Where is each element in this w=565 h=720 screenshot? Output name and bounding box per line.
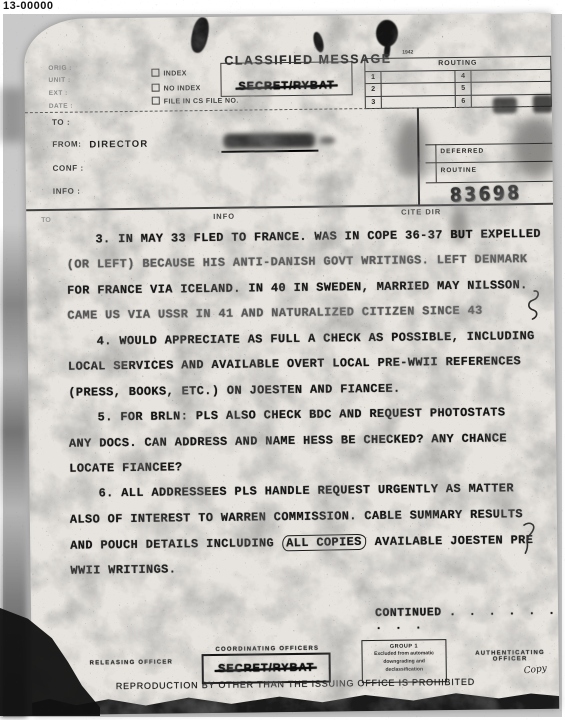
- body-line: WWII WRITINGS.: [70, 558, 545, 589]
- routing-cell-blank: [382, 83, 456, 96]
- routing-cell: 1: [365, 72, 381, 85]
- document-page: CLASSIFIED MESSAGE ORIG : UNIT : EXT : D…: [24, 13, 559, 715]
- authenticating-officer-label: AUTHENTICATING OFFICER: [462, 650, 559, 663]
- handwritten-mark: [524, 289, 542, 321]
- panel-cell-divider: [435, 144, 437, 182]
- redaction-stamp: [223, 133, 315, 149]
- body-text-segment: AVAILABLE JOESTEN PRE: [367, 533, 533, 549]
- scan-edge-smudge: [0, 88, 24, 142]
- info-field-label: INFO :: [53, 187, 81, 196]
- routing-cell-blank: [472, 82, 551, 95]
- checkbox-icon: [151, 69, 159, 77]
- routing-cell: 2: [366, 84, 382, 97]
- unit-field-label: UNIT :: [48, 77, 70, 84]
- to-column-footer: TO: [41, 217, 51, 224]
- ink-mark: [533, 95, 553, 113]
- routing-cell: 4: [455, 71, 471, 84]
- info-column-footer: INFO: [213, 212, 235, 221]
- ink-smudge: [513, 117, 558, 180]
- routing-cell: 5: [456, 83, 472, 96]
- classification-box: SECRET/RYBAT: [220, 61, 352, 97]
- redaction-smudge: [319, 136, 335, 144]
- file-cs-checkbox: FILE IN CS FILE NO.: [152, 96, 239, 106]
- reproduction-notice: REPRODUCTION BY OTHER THAN THE ISSUING O…: [32, 676, 559, 692]
- coordinating-officers-label: COORDINATING OFFICERS: [215, 646, 319, 653]
- classification-stamp: SECRET/RYBAT: [238, 79, 334, 92]
- routing-table: ROUTING 1 4 2 5 3 6: [364, 56, 552, 109]
- to-field-label: TO :: [52, 118, 70, 127]
- checkbox-icon: [152, 84, 160, 92]
- from-value: DIRECTOR: [89, 139, 148, 151]
- deferred-label: DEFERRED: [440, 148, 484, 156]
- ink-blot: [312, 31, 326, 54]
- address-divider: [26, 203, 553, 211]
- routing-cell-blank: [381, 71, 455, 84]
- ink-smudge: [395, 118, 428, 178]
- checkbox-icon: [152, 97, 160, 105]
- routine-label: ROUTINE: [441, 167, 477, 174]
- body-text-segment: AND POUCH DETAILS INCLUDING: [70, 536, 282, 553]
- handwritten-circle-annotation: ALL COPIES: [282, 534, 366, 552]
- form-code: 1942: [402, 49, 413, 55]
- header-divider: [25, 106, 552, 113]
- from-field-label: FROM:: [52, 140, 81, 149]
- ext-field-label: EXT :: [49, 90, 68, 97]
- copy-handwritten-note: Copy: [523, 664, 547, 677]
- date-field-label: DATE :: [49, 103, 73, 110]
- authenticating-line: OFFICER: [462, 656, 559, 663]
- routing-cell-blank: [471, 70, 550, 83]
- document-id-label: 13-00000: [3, 0, 54, 12]
- ink-blot: [189, 16, 212, 54]
- index-checkbox: INDEX: [151, 68, 187, 77]
- releasing-officer-label: RELEASING OFFICER: [90, 659, 173, 666]
- continued-marker: CONTINUED . . . . . . . . .: [375, 605, 558, 633]
- footer-classification-stamp: SECRET/RYBAT: [218, 662, 314, 675]
- handwritten-mark: [520, 521, 538, 555]
- group-box-text: declassification: [363, 665, 446, 674]
- no-index-checkbox: NO INDEX: [152, 83, 201, 93]
- cite-dir-label: CITE DIR: [401, 207, 441, 216]
- message-body: 3. IN MAY 33 FLED TO FRANCE. WAS IN COPE…: [66, 227, 545, 589]
- conf-field-label: CONF :: [53, 164, 84, 173]
- redaction-underline: [221, 149, 318, 153]
- ink-mark: [493, 97, 517, 113]
- orig-field-label: ORIG :: [48, 65, 72, 72]
